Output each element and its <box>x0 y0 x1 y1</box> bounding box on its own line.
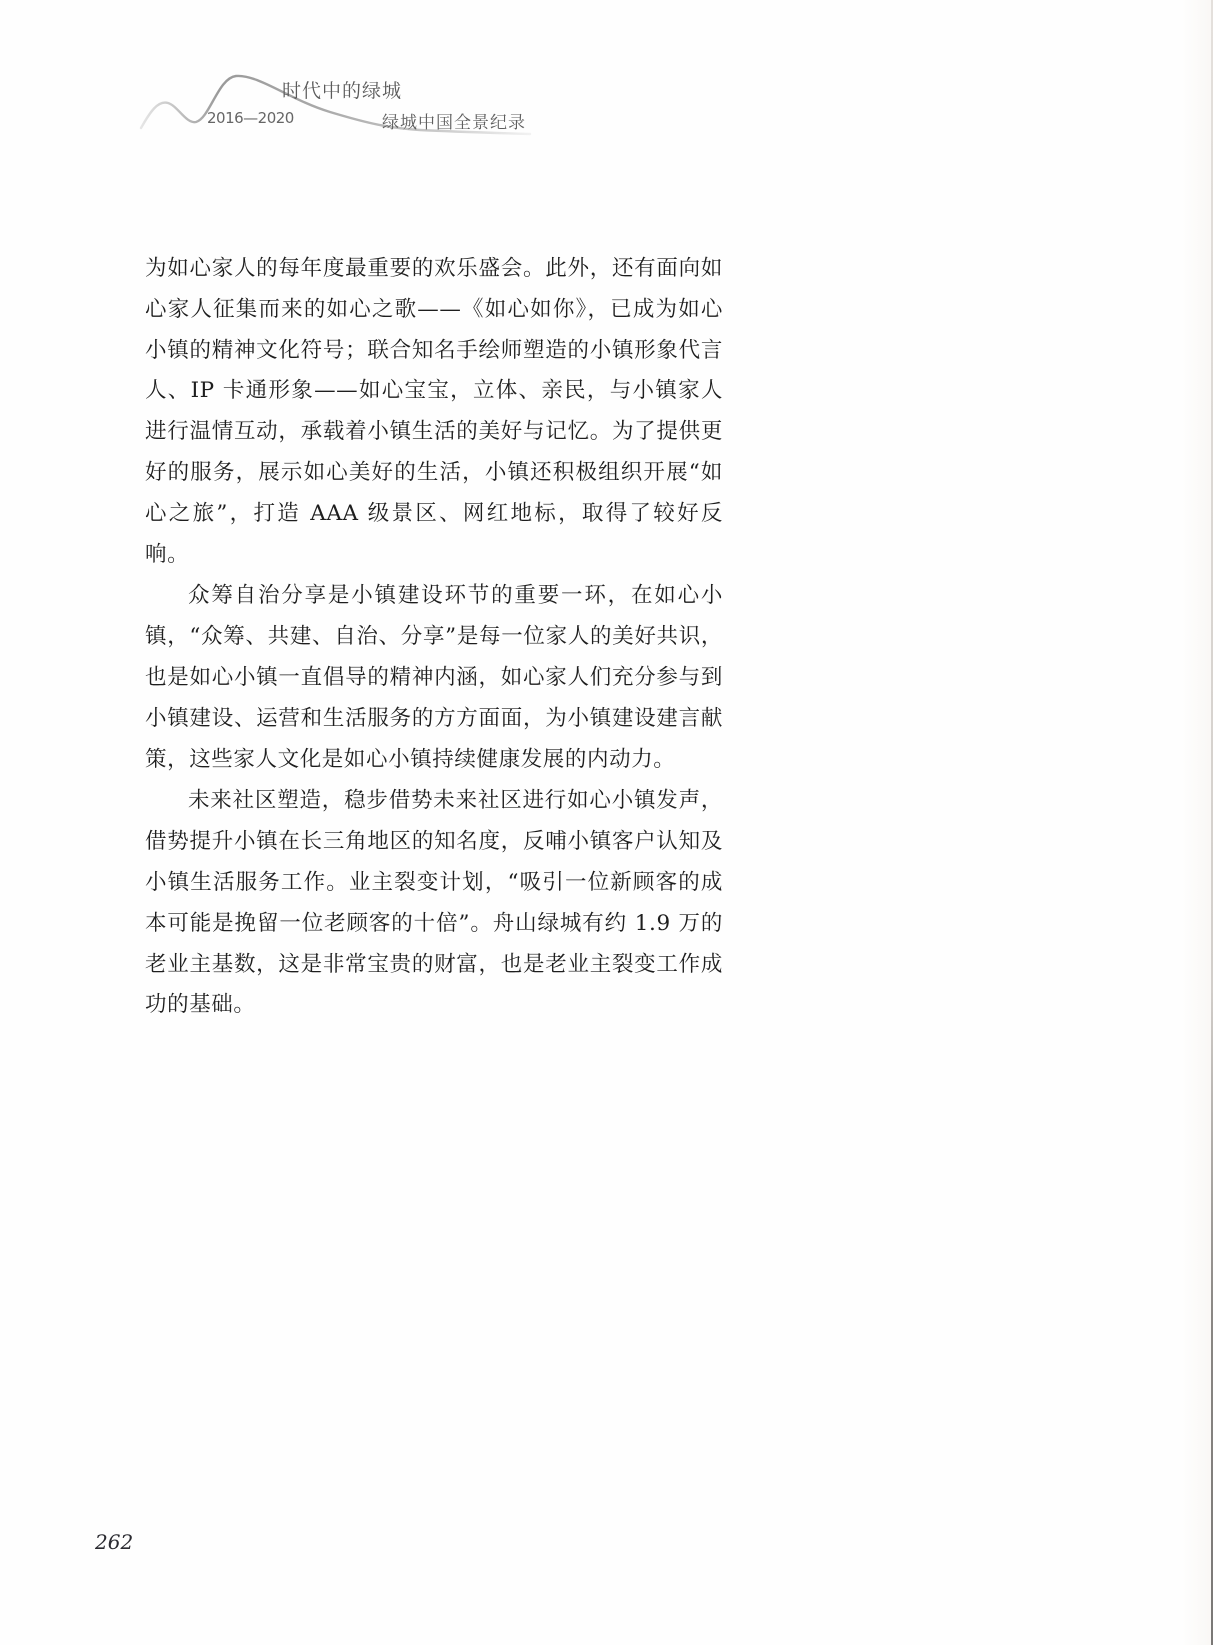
page-number: 262 <box>95 1530 133 1554</box>
body-text: 为如心家人的每年度最重要的欢乐盛会。此外，还有面向如心家人征集而来的如心之歌——… <box>145 249 723 1026</box>
book-subtitle: 绿城中国全景纪录 <box>382 108 526 133</box>
paragraph: 未来社区塑造，稳步借势未来社区进行如心小镇发声，借势提升小镇在长三角地区的知名度… <box>145 781 723 1026</box>
running-header: 时代中的绿城 2016—2020 绿城中国全景纪录 <box>0 0 600 160</box>
book-title: 时代中的绿城 <box>282 76 402 103</box>
book-years: 2016—2020 <box>207 109 294 127</box>
paragraph: 为如心家人的每年度最重要的欢乐盛会。此外，还有面向如心家人征集而来的如心之歌——… <box>145 249 723 575</box>
page-edge-shade <box>1181 0 1211 1645</box>
paragraph: 众筹自治分享是小镇建设环节的重要一环，在如心小镇，“众筹、共建、自治、分享”是每… <box>145 576 723 780</box>
